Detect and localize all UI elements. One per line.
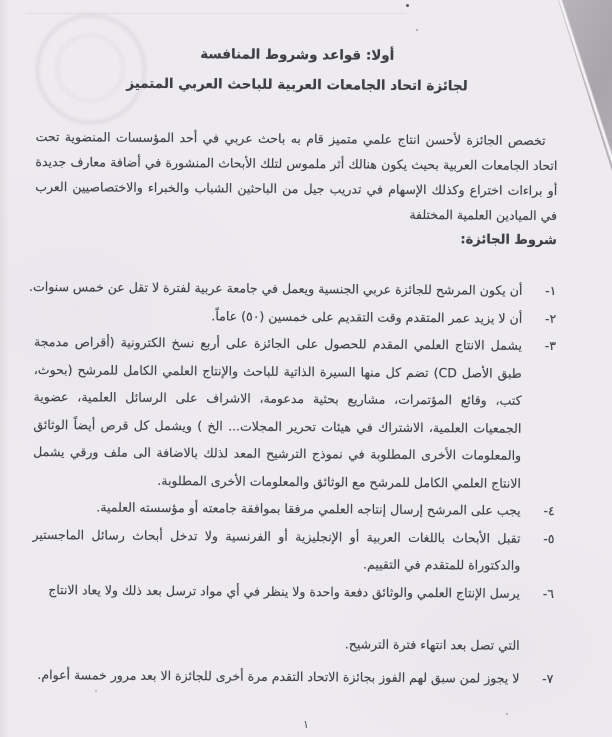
condition-item-2: ٢- أن لا يزيد عمر المتقدم وقت التقديم عل… <box>34 300 556 332</box>
condition-item-6: ٦- يرسل الإنتاج العلمي والوثائق دفعة واح… <box>32 575 554 607</box>
condition-item-3: ٣- يشمل الانتاج العلمي المقدم للحصول على… <box>33 328 556 497</box>
scanned-document-page: أولا: قواعد وشروط المنافسة لجائزة اتحاد … <box>0 0 612 737</box>
document-title-line1: أولا: قواعد وشروط المنافسة <box>36 38 558 72</box>
condition-item-1: ١- أن يكون المرشح للجائزة عربي الجنسية و… <box>34 273 556 305</box>
condition-text: لا يجوز لمن سبق لهم الفوز بجائزة الاتحاد… <box>31 661 519 692</box>
page-number: ١ <box>303 718 309 731</box>
intro-paragraph: تخصص الجائزة لأحسن انتاج علمي متميز قام … <box>35 124 558 228</box>
scan-speck <box>95 690 97 692</box>
condition-number: ٢- <box>522 304 556 332</box>
section-heading-conditions: شروط الجائزة: <box>35 224 557 254</box>
condition-text: يشمل الانتاج العلمي المقدم للحصول على ال… <box>33 328 522 497</box>
condition-text: تقبل الأبحاث باللغات العربية أو الإنجليز… <box>32 520 520 579</box>
condition-text: أن يكون المرشح للجائزة عربي الجنسية ويعم… <box>34 273 522 304</box>
condition-number: ٤- <box>521 497 555 525</box>
condition-text: أن لا يزيد عمر المتقدم وقت التقديم على خ… <box>34 300 522 331</box>
condition-number: ٧- <box>519 665 553 693</box>
condition-text: يجب على المرشح إرسال إنتاجه العلمي مرفقا… <box>33 493 521 524</box>
condition-6-continuation-line: التي تصل بعد انتهاء فترة الترشيح. <box>32 628 520 659</box>
conditions-list: ١- أن يكون المرشح للجائزة عربي الجنسية و… <box>31 273 556 693</box>
document-content: أولا: قواعد وشروط المنافسة لجائزة اتحاد … <box>31 0 558 693</box>
condition-number: ٣- <box>521 332 556 497</box>
scan-speck <box>506 713 508 715</box>
condition-item-5: ٥- تقبل الأبحاث باللغات العربية أو الإنج… <box>32 520 554 579</box>
condition-number: ٥- <box>520 524 554 579</box>
condition-number: ٦- <box>520 579 554 607</box>
condition-text: يرسل الإنتاج العلمي والوثائق دفعة واحدة … <box>32 575 520 606</box>
condition-item-7: ٧- لا يجوز لمن سبق لهم الفوز بجائزة الات… <box>31 661 553 693</box>
condition-number: ١- <box>522 277 556 305</box>
condition-item-4: ٤- يجب على المرشح إرسال إنتاجه العلمي مر… <box>33 493 555 525</box>
document-title-line2: لجائزة اتحاد الجامعات العربية للباحث الع… <box>36 68 558 102</box>
